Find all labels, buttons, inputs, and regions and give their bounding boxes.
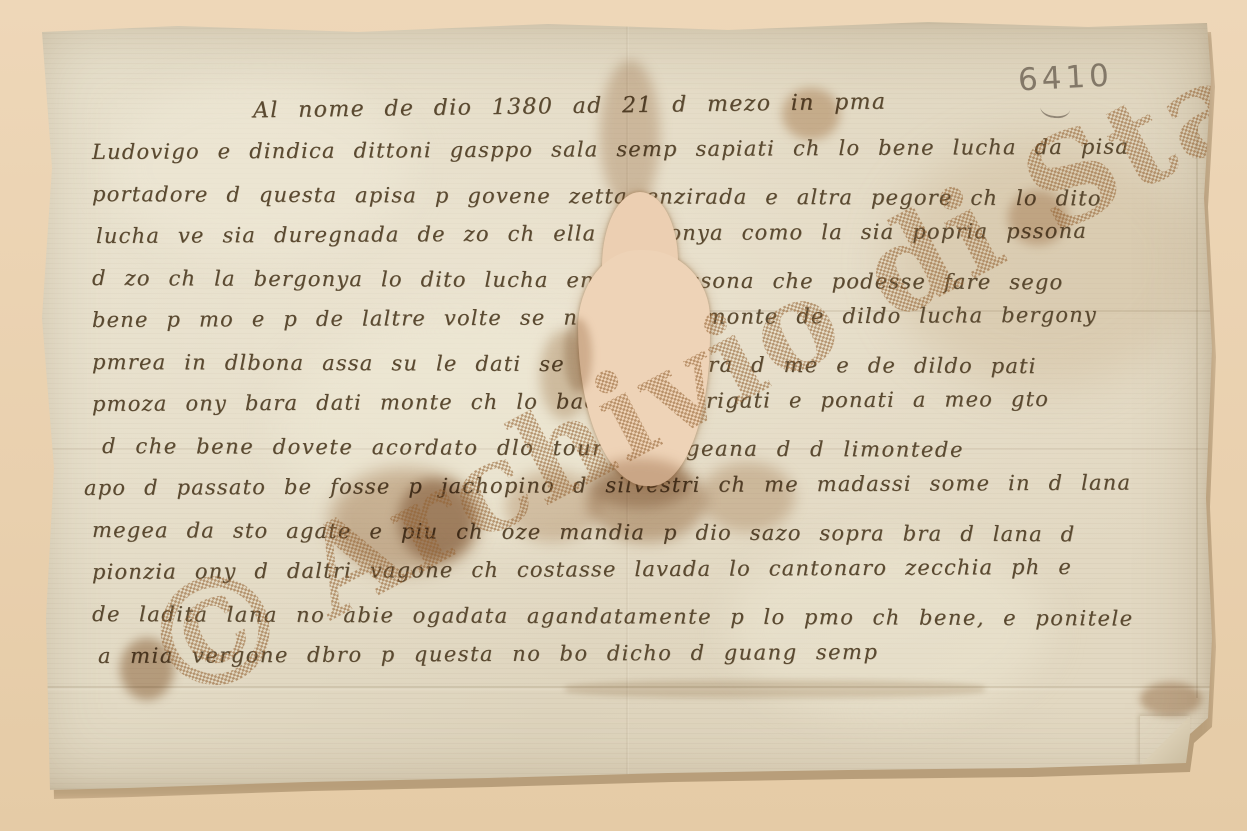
manuscript-line: Ludovigo e dindica dittoni gasppo sala s…: [92, 134, 1182, 182]
hole-rim-stain: [588, 458, 692, 508]
scanned-letter-photo: { "document": { "kind": "scanned medieva…: [0, 0, 1247, 831]
manuscript-line: pionzia ony d daltri vagone ch costasse …: [92, 554, 1182, 602]
hole-rim-stain: [564, 318, 592, 392]
paper-sheet: Al nome de dio 1380 ad 21 d mezo in pma …: [28, 18, 1214, 792]
manuscript-line: a mia vergone dbro p questa no bo dicho …: [98, 638, 1182, 686]
letter-heading: Al nome de dio 1380 ad 21 d mezo in pma: [253, 90, 887, 124]
right-edge-crease: [1196, 128, 1198, 698]
horizontal-fold-crease: [28, 686, 1214, 688]
stain: [1140, 682, 1202, 716]
archive-number: 6410: [1017, 58, 1114, 99]
folded-corner: [1140, 716, 1190, 766]
archive-number-underline: [1039, 102, 1070, 119]
